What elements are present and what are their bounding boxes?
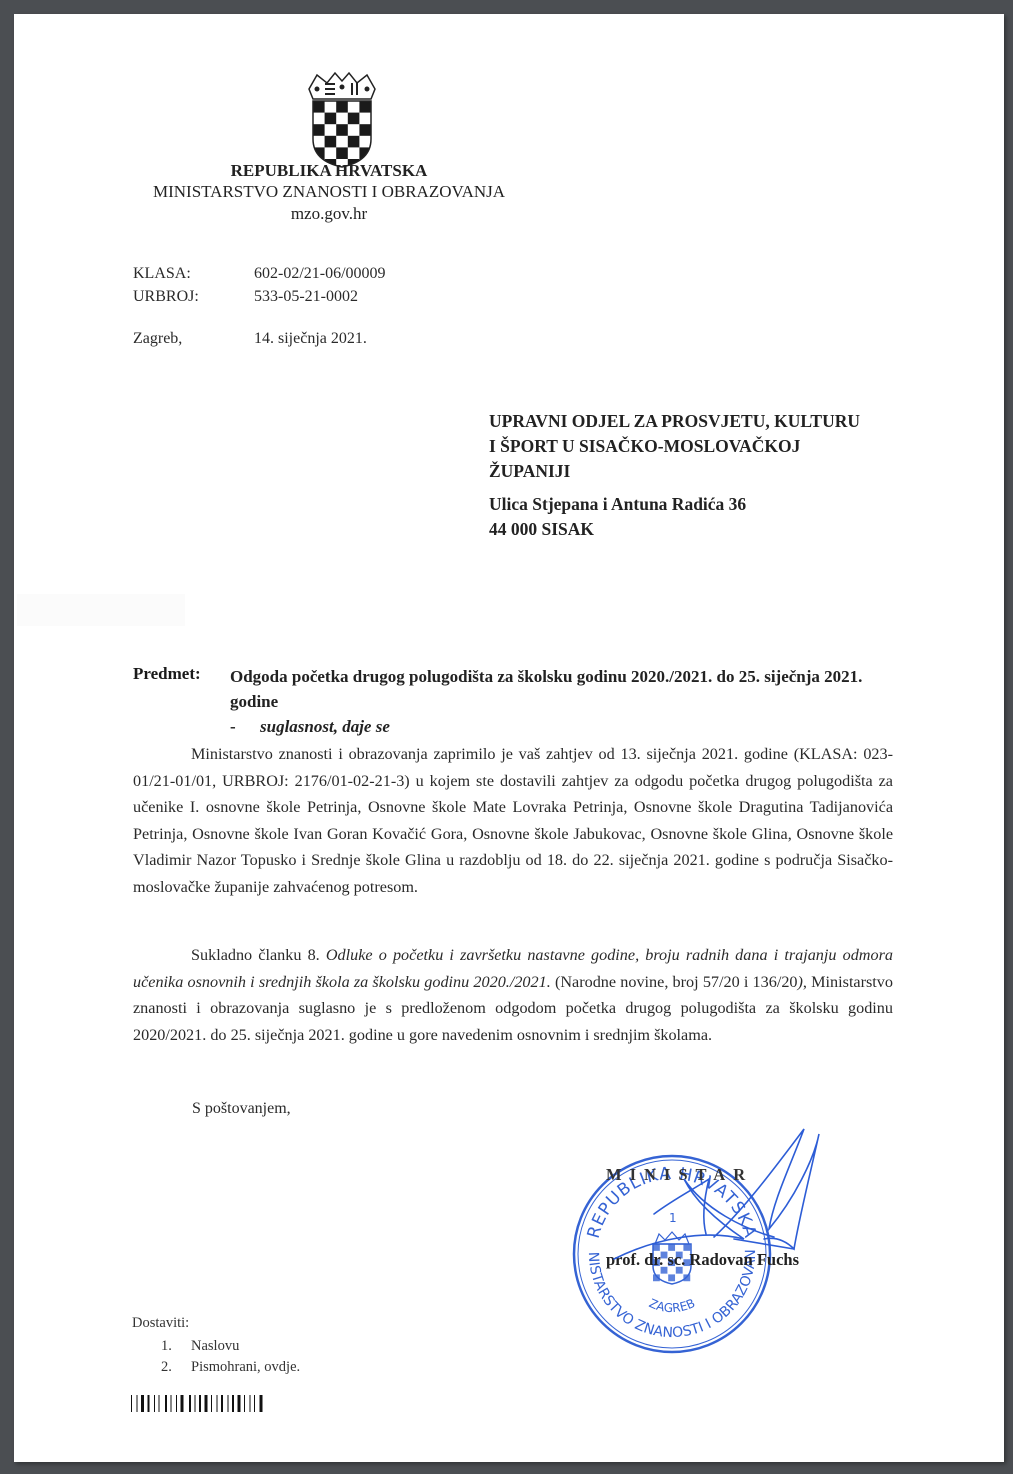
subject-dash: - — [230, 714, 260, 739]
svg-text:ZAGREB: ZAGREB — [647, 1296, 697, 1315]
klasa-label: KLASA: — [133, 265, 191, 283]
recipient-city: 44 000 SISAK — [489, 517, 909, 542]
paragraph-2-start: Sukladno članku 8. — [191, 946, 326, 964]
subject-title: Odgoda početka drugog polugodišta za ško… — [230, 664, 910, 714]
recipient-line-3: ŽUPANIJI — [489, 459, 909, 484]
subject-subtitle: suglasnost, daje se — [260, 717, 390, 736]
closing: S poštovanjem, — [192, 1100, 291, 1118]
paragraph-2-citation: (Narodne novine, broj 57/20 i 136/20 — [551, 973, 798, 991]
item-text: Pismohrani, ovdje. — [191, 1359, 300, 1375]
croatian-coat-of-arms-icon — [305, 69, 379, 169]
paragraph-1-text: Ministarstvo znanosti i obrazovanja zapr… — [133, 745, 893, 896]
letterhead-ministry: MINISTARSTVO ZNANOSTI I OBRAZOVANJA — [104, 181, 554, 202]
urbroj-value: 533-05-21-0002 — [254, 288, 358, 306]
subject-label: Predmet: — [133, 664, 201, 684]
recipient-line-2: I ŠPORT U SISAČKO-MOSLOVAČKOJ — [489, 434, 909, 459]
distribution-list: 1.Naslovu 2.Pismohrani, ovdje. — [161, 1336, 300, 1378]
body-paragraph-2: Sukladno članku 8. Odluke o početku i za… — [133, 942, 893, 1048]
document-barcode-icon — [131, 1395, 304, 1412]
date: 14. siječnja 2021. — [254, 330, 367, 348]
distribution-item: 2.Pismohrani, ovdje. — [161, 1357, 300, 1378]
item-number: 1. — [161, 1336, 191, 1357]
item-number: 2. — [161, 1357, 191, 1378]
klasa-value: 602-02/21-06/00009 — [254, 265, 386, 283]
distribution-item: 1.Naslovu — [161, 1336, 300, 1357]
urbroj-label: URBROJ: — [133, 288, 199, 306]
body-paragraph-1: Ministarstvo znanosti i obrazovanja zapr… — [133, 741, 893, 900]
subject-block: Odgoda početka drugog polugodišta za ško… — [230, 664, 910, 739]
item-text: Naslovu — [191, 1338, 239, 1354]
distribution-label: Dostaviti: — [132, 1315, 189, 1332]
letterhead-country: REPUBLIKA HRVATSKA — [104, 160, 554, 181]
place: Zagreb, — [133, 330, 182, 348]
recipient-street: Ulica Stjepana i Antuna Radića 36 — [489, 492, 909, 517]
letterhead-website: mzo.gov.hr — [104, 203, 554, 224]
scan-artifact — [17, 594, 185, 626]
document-page: REPUBLIKA HRVATSKA MINISTARSTVO ZNANOSTI… — [14, 14, 1004, 1462]
recipient-line-1: UPRAVNI ODJEL ZA PROSVJETU, KULTURU — [489, 409, 909, 434]
handwritten-signature — [594, 1119, 834, 1289]
recipient-block: UPRAVNI ODJEL ZA PROSVJETU, KULTURU I ŠP… — [489, 409, 909, 542]
